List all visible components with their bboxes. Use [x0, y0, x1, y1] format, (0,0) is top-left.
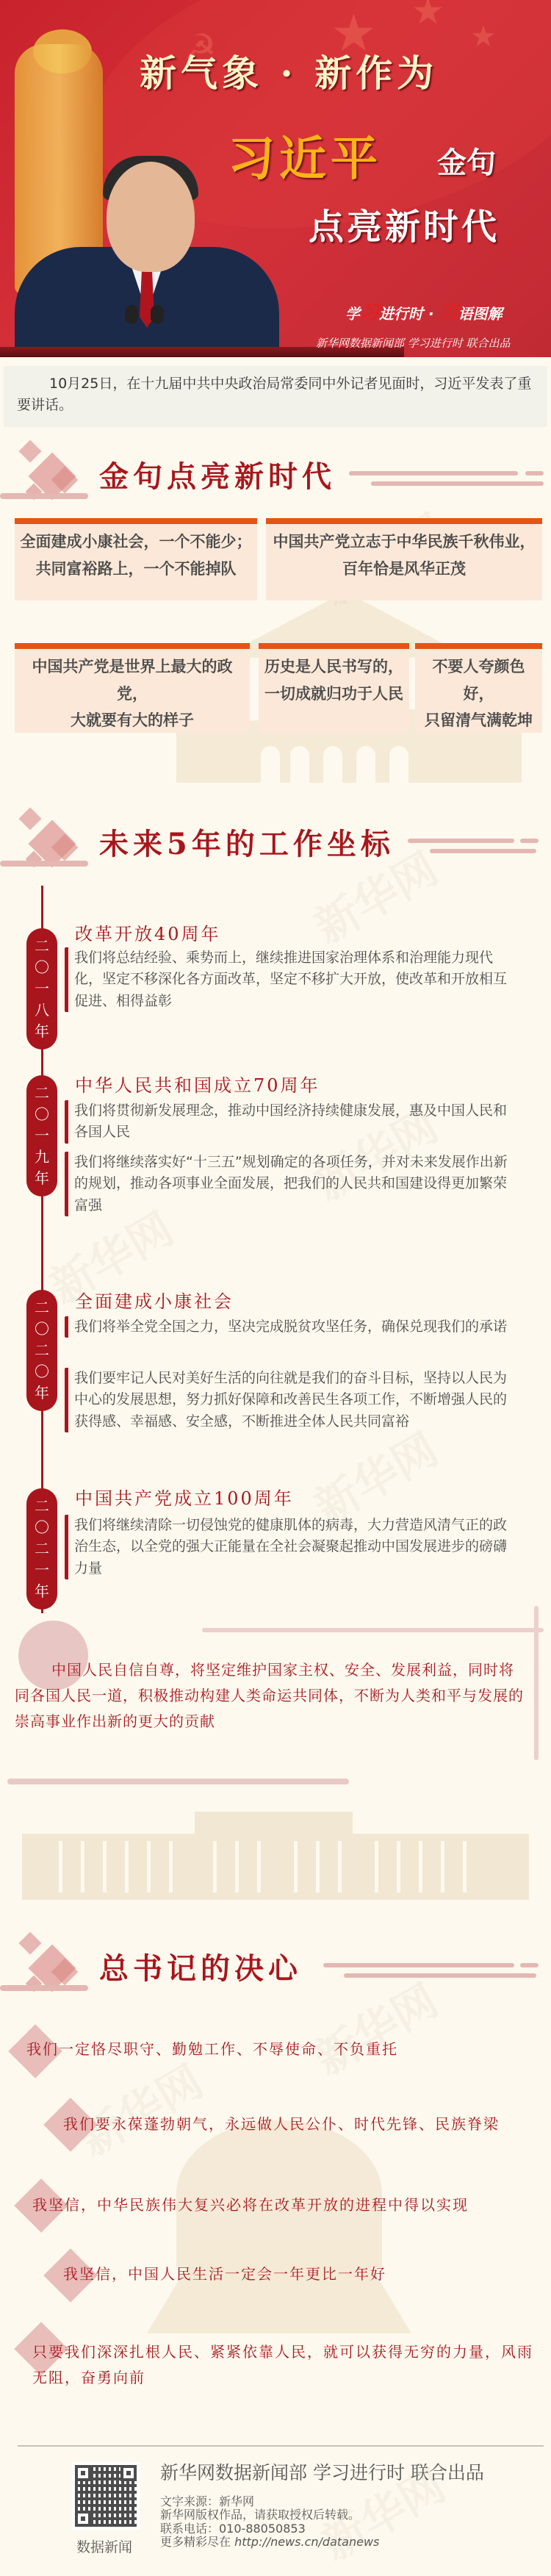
infographic-page: ★ ★ ★ ☭ 新气象 · 新作为 习近平 金句 点亮新时代 学习进行时 · 习… [0, 0, 551, 2576]
timeline-paragraph: 我们将继续清除一切侵蚀党的健康肌体的病毒，大力营造风清气正的政治生态，以全党的强… [65, 1515, 520, 1579]
timeline-paragraph: 我们将总结经验、乘势而上，继续推进国家治理体系和治理能力现代化，坚定不移深化各方… [65, 947, 520, 1012]
hero-title-suffix: 金句 [437, 140, 496, 182]
quote-card: 全面建成小康社会，一个不能少； 共同富裕路上，一个不能掉队 [15, 518, 257, 600]
portrait-photo [15, 162, 279, 357]
closing-text: 中国人民自信自尊，将坚定维护国家主权、安全、发展利益，同时将同各国人民一道，积极… [15, 1657, 529, 1734]
golden-quotes-grid: 新华网 全面建成小康社会，一个不能少； 共同富裕路上，一个不能掉队 中国共产党立… [0, 503, 551, 805]
hero-title-name: 习近平 [228, 121, 382, 189]
timeline-paragraph: 我们将举全党全国之力，坚决完成脱贫攻坚任务，确保兑现我们的承诺 [65, 1316, 520, 1338]
quote-card: 历史是人民书写的， 一切成就归功于人民 [259, 643, 409, 733]
section-header-resolve: 总书记的决心 [0, 1929, 551, 1995]
resolve-item: 我坚信，中华民族伟大复兴必将在改革开放的进程中得以实现 [32, 2192, 469, 2218]
hero-title-line1: 新气象 · 新作为 [140, 44, 438, 97]
year-badge: 二 〇 一 八 年 [26, 928, 57, 1050]
great-hall-illustration [0, 1804, 551, 1929]
qr-code[interactable] [72, 2462, 140, 2530]
resolve-list: 新华网 新华网 我们一定恪尽职守、勤勉工作、不辱使命、不负重托 我们要永葆蓬勃朝… [0, 1995, 551, 2407]
footer: 数据新闻 新华网数据新闻部 学习进行时 联合出品 文字来源：新华网 新华网版权作… [0, 2407, 551, 2576]
timeline-paragraph: 我们将继续落实好“十三五”规划确定的各项任务，并对未来发展作出新的规划，推动各项… [65, 1152, 520, 1216]
closing-statement: 中国人民自信自尊，将坚定维护国家主权、安全、发展利益，同时将同各国人民一道，积极… [0, 1606, 551, 1804]
more-prefix: 更多精彩尽在 [160, 2535, 234, 2549]
section-title: 金句点亮新时代 [99, 453, 336, 495]
section-header-timeline: 未来5年的工作坐标 [0, 805, 551, 871]
star-icon: ★ [411, 0, 444, 29]
quote-card: 中国共产党立志于中华民族千秋伟业， 百年恰是风华正茂 [266, 518, 542, 600]
work-timeline: 新华网 新华网 新华网 新华网 二 〇 一 八 年 改革开放40周年 我们将总结… [0, 871, 551, 1606]
timeline-title: 改革开放40周年 [75, 919, 221, 945]
year-badge: 二 〇 一 九 年 [26, 1075, 57, 1196]
quote-card: 不要人夸颜色好， 只留清气满乾坤 [415, 643, 542, 733]
qr-label: 数据新闻 [76, 2536, 132, 2556]
resolve-item: 我坚信，中国人民生活一定会一年更比一年好 [63, 2261, 386, 2287]
timeline-paragraph: 我们将贯彻新发展理念，推动中国经济持续健康发展，惠及中国人民和各国人民 [65, 1100, 520, 1144]
intro-paragraph: 10月25日，在十九届中共中央政治局常委同中外记者见面时，习近平发表了重要讲话。 [4, 366, 547, 427]
hero-credit: 新华网数据新闻部 学习进行时 联合出品 [316, 335, 511, 351]
quote-card: 中国共产党是世界上最大的政党， 大就要有大的样子 [15, 643, 250, 733]
footer-org: 新华网数据新闻部 学习进行时 联合出品 [160, 2458, 484, 2485]
hero-title-line3: 点亮新时代 [309, 198, 500, 249]
microphone-icon [125, 305, 138, 324]
datanews-link[interactable]: http://news.cn/datanews [234, 2535, 379, 2549]
source-text: 文字来源：新华网 [160, 2495, 379, 2508]
copyright-text: 新华网版权作品，请获取授权后转载。 [160, 2508, 379, 2522]
section-header-golden-quotes: 金句点亮新时代 [0, 437, 551, 503]
microphone-icon [151, 305, 164, 324]
section-title: 总书记的决心 [99, 1945, 302, 1987]
timeline-title: 中华人民共和国成立70周年 [75, 1071, 320, 1097]
section-title: 未来5年的工作坐标 [99, 821, 395, 863]
footer-divider [18, 2445, 544, 2447]
phone-text: 联系电话：010-88050853 [160, 2522, 379, 2536]
timeline-title: 全面建成小康社会 [75, 1287, 234, 1313]
resolve-item: 只要我们深深扎根人民、紧紧依靠人民，就可以获得无穷的力量，风雨无阻，奋勇向前 [32, 2339, 539, 2391]
year-badge: 二 〇 二 〇 年 [26, 1290, 57, 1411]
year-badge: 二 〇 二 一 年 [26, 1488, 57, 1610]
star-icon: ★ [470, 22, 497, 51]
timeline-paragraph: 我们要牢记人民对美好生活的向往就是我们的奋斗目标，坚持以人民为中心的发展思想，努… [65, 1368, 520, 1432]
timeline-title: 中国共产党成立100周年 [75, 1484, 294, 1510]
series-logo: 学习进行时 · 习语图解 [345, 298, 503, 325]
resolve-item: 我们要永葆蓬勃朝气，永远做人民公仆、时代先锋、民族脊梁 [63, 2112, 500, 2137]
hero-banner: ★ ★ ★ ☭ 新气象 · 新作为 习近平 金句 点亮新时代 学习进行时 · 习… [0, 0, 551, 357]
resolve-item: 我们一定恪尽职守、勤勉工作、不辱使命、不负重托 [26, 2037, 398, 2062]
footer-meta: 文字来源：新华网 新华网版权作品，请获取授权后转载。 联系电话：010-8805… [160, 2495, 379, 2550]
